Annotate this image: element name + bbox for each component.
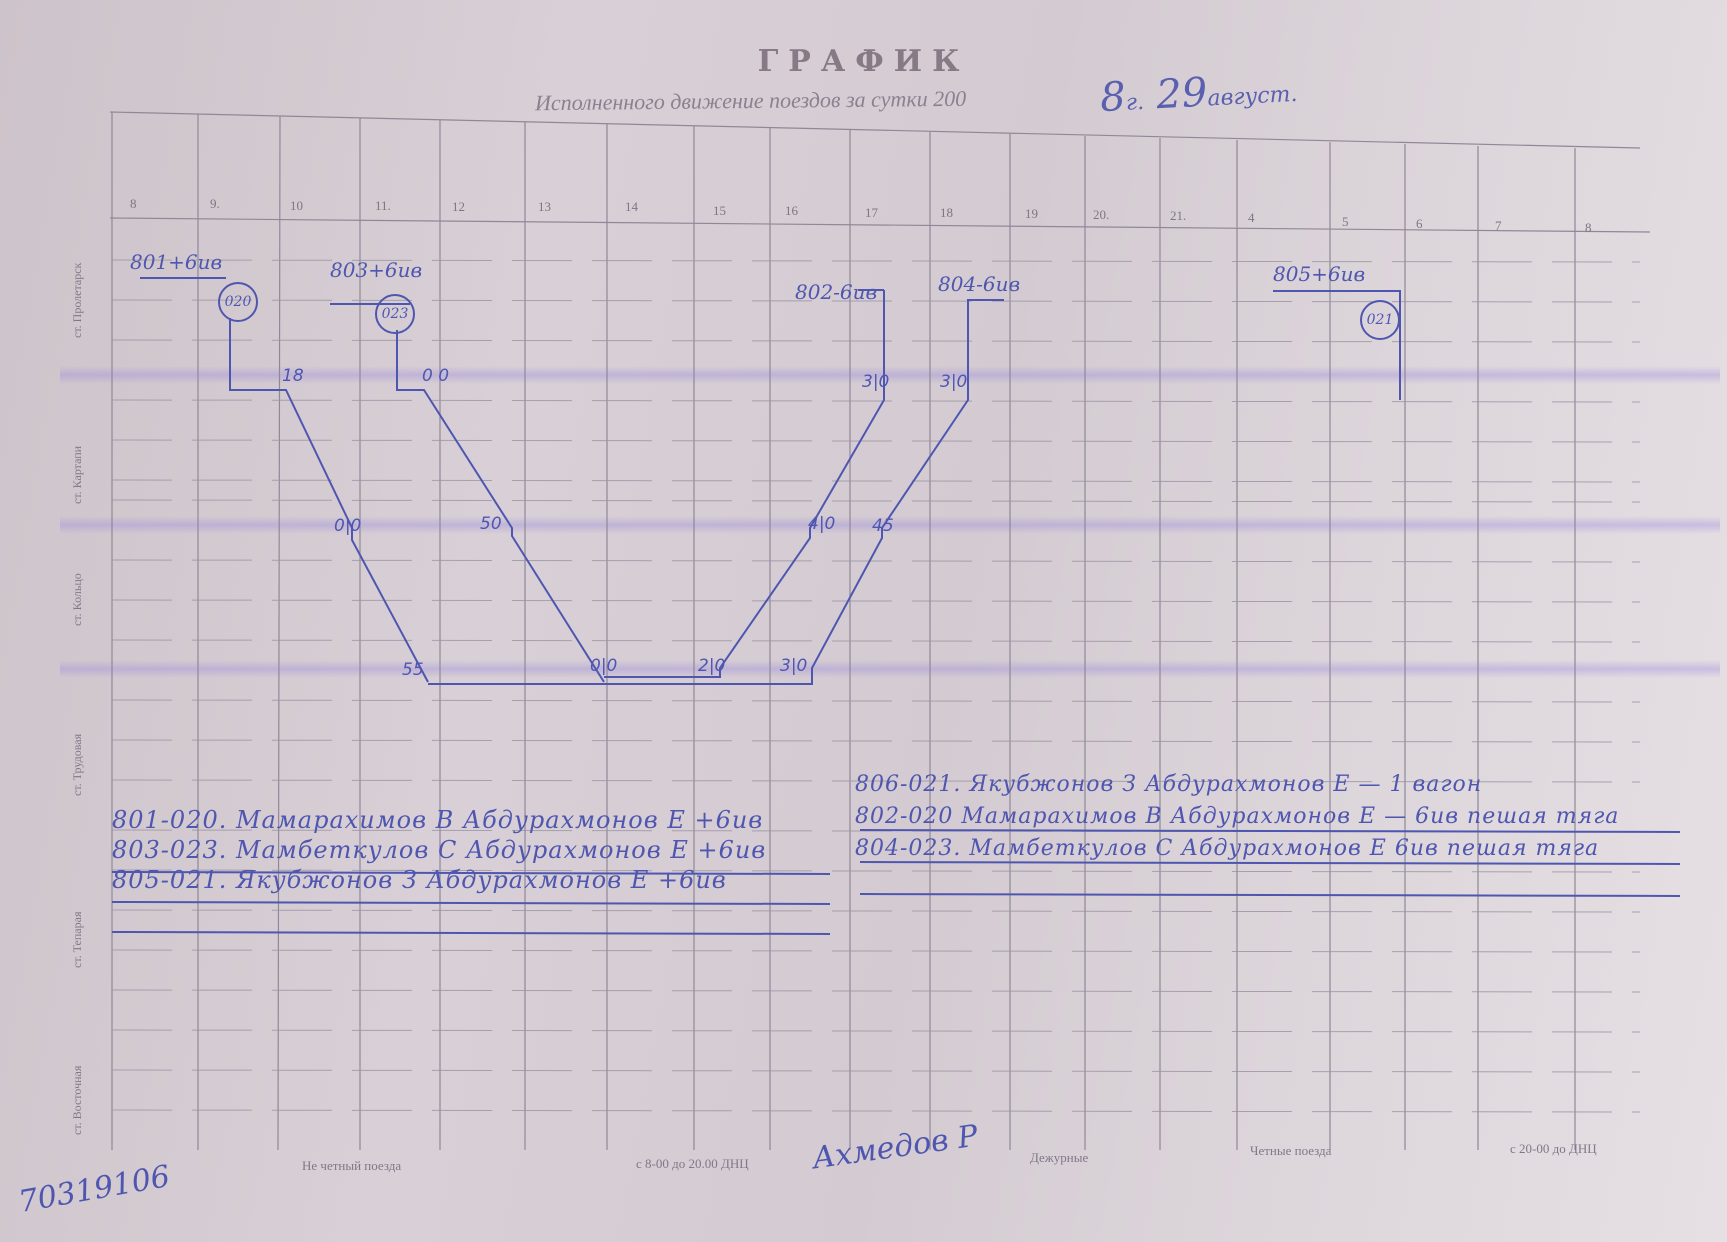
hour-label: 8 (130, 196, 137, 212)
footer-even-trains: Четные поезда (1250, 1143, 1331, 1159)
train-label: 804-6ив (938, 272, 1020, 296)
hour-label: 4 (1248, 210, 1255, 226)
hour-label: 9. (210, 196, 220, 212)
hour-label: 14 (625, 199, 638, 215)
time-mark: 50 (480, 514, 502, 534)
time-mark: 3|0 (862, 372, 889, 392)
station-label: ст. Восточная (70, 1040, 96, 1160)
loco-circle: 021 (1360, 300, 1400, 340)
hour-label: 7 (1495, 218, 1502, 234)
footer-shift-day: с 8-00 до 20.00 ДНЦ (636, 1156, 749, 1172)
graph-grid (0, 0, 1727, 1242)
station-label: ст. Кольцо (70, 545, 96, 655)
hour-label: 18 (940, 205, 953, 221)
train-label: 805+6ив (1273, 262, 1365, 286)
crew-log-odd: 801-020. Мамарахимов В Абдурахмонов Е +6… (112, 806, 763, 834)
train-label: 801+6ив (130, 250, 222, 274)
station-label: ст. Пролетарск (70, 225, 96, 375)
time-mark: 45 (872, 516, 894, 536)
hour-label: 5 (1342, 214, 1349, 230)
time-mark: 4|0 (808, 514, 835, 534)
station-label: ст. Картапи (70, 420, 96, 530)
hour-label: 19 (1025, 206, 1038, 222)
time-mark: 2|0 (698, 656, 725, 676)
station-label: ст. Тепарая (70, 880, 96, 1000)
loco-circle: 023 (375, 294, 415, 334)
hour-label: 10 (290, 198, 303, 214)
train-label: 802-6ив (795, 280, 877, 304)
hour-label: 20. (1093, 207, 1109, 223)
train-label: 803+6ив (330, 258, 422, 282)
footer-odd-trains: Не четный поезда (302, 1158, 401, 1174)
crew-log-even: 802-020 Мамарахимов В Абдурахмонов Е — 6… (855, 804, 1619, 829)
time-mark: 0|0 (334, 516, 361, 536)
time-mark: 55 (402, 660, 424, 680)
hour-label: 17 (865, 205, 878, 221)
crew-log-even: 806-021. Якубжонов З Абдурахмонов Е — 1 … (855, 772, 1482, 797)
crew-log-odd: 805-021. Якубжонов З Абдурахмонов Е +6ив (112, 866, 727, 894)
hour-label: 21. (1170, 208, 1186, 224)
time-mark: 0|0 (590, 656, 617, 676)
crew-log-odd: 803-023. Мамбеткулов С Абдурахмонов Е +6… (112, 836, 766, 864)
time-mark: 3|0 (780, 656, 807, 676)
hour-label: 16 (785, 203, 798, 219)
hour-label: 12 (452, 199, 465, 215)
hour-label: 15 (713, 203, 726, 219)
time-mark: 3|0 (940, 372, 967, 392)
time-mark: 18 (282, 366, 304, 386)
loco-circle: 020 (218, 282, 258, 322)
hour-label: 8 (1585, 220, 1592, 236)
hour-label: 11. (375, 198, 391, 214)
footer-shift-night: с 20-00 до ДНЦ (1510, 1141, 1597, 1157)
station-label: ст. Трудовая (70, 710, 96, 820)
hour-label: 13 (538, 199, 551, 215)
footer-duty: Дежурные (1030, 1150, 1088, 1166)
crew-log-even: 804-023. Мамбеткулов С Абдурахмонов Е 6и… (855, 836, 1599, 861)
time-mark: 0 0 (422, 366, 449, 386)
hour-label: 6 (1416, 216, 1423, 232)
